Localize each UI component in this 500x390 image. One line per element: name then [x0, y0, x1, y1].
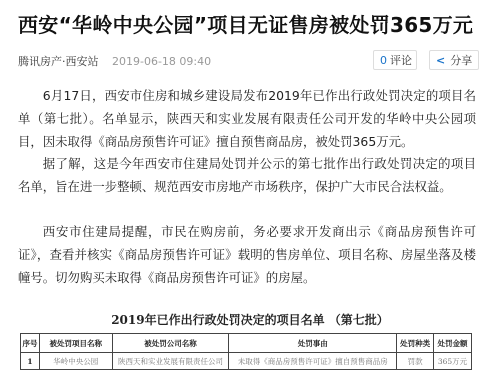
- table-header: 处罚事由: [229, 334, 397, 353]
- table-cell: 罚款: [397, 353, 434, 370]
- article-paragraph: 据了解，这是今年西安市住建局处罚并公示的第七批作出行政处罚决定的项目名单，旨在进…: [18, 152, 476, 198]
- table-header: 被处罚公司名称: [112, 334, 229, 353]
- share-icon: <: [436, 54, 445, 67]
- article-timestamp: 2019-06-18 09:40: [112, 55, 211, 68]
- article-meta: 腾讯房产·西安站 2019-06-18 09:40: [18, 53, 211, 69]
- comment-count: 0: [380, 54, 387, 67]
- table-cell: 365万元: [434, 353, 472, 370]
- article-paragraph: 西安市住建局提醒，市民在购房前，务必要求开发商出示《商品房预售许可证》，查看并核…: [18, 220, 476, 289]
- table-cell: 陕西天和实业发展有限责任公司: [112, 353, 229, 370]
- share-button[interactable]: <分享: [429, 50, 479, 70]
- table-cell: 未取得《商品房预售许可证》擅自预售商品房: [229, 353, 397, 370]
- table-header: 序号: [21, 334, 40, 353]
- table-header: 处罚种类: [397, 334, 434, 353]
- table-title: 2019年已作出行政处罚决定的项目名单 （第七批）: [0, 311, 500, 328]
- comment-label: 评论: [390, 54, 412, 67]
- table-cell: 1: [21, 353, 40, 370]
- article-paragraph: 6月17日，西安市住房和城乡建设局发布2019年已作出行政处罚决定的项目名单（第…: [18, 84, 476, 153]
- table-header: 处罚金额: [434, 334, 472, 353]
- article-title: 西安“华岭中央公园”项目无证售房被处罚365万元: [18, 9, 473, 38]
- comment-button[interactable]: 0评论: [373, 50, 417, 70]
- table-cell: 华岭中央公园: [39, 353, 112, 370]
- penalty-table: 序号 被处罚项目名称 被处罚公司名称 处罚事由 处罚种类 处罚金额 1 华岭中央…: [20, 333, 472, 370]
- share-label: 分享: [450, 54, 472, 67]
- article-source[interactable]: 腾讯房产·西安站: [18, 55, 99, 68]
- table-row: 1 华岭中央公园 陕西天和实业发展有限责任公司 未取得《商品房预售许可证》擅自预…: [21, 353, 472, 370]
- table-header: 被处罚项目名称: [39, 334, 112, 353]
- table-header-row: 序号 被处罚项目名称 被处罚公司名称 处罚事由 处罚种类 处罚金额: [21, 334, 472, 353]
